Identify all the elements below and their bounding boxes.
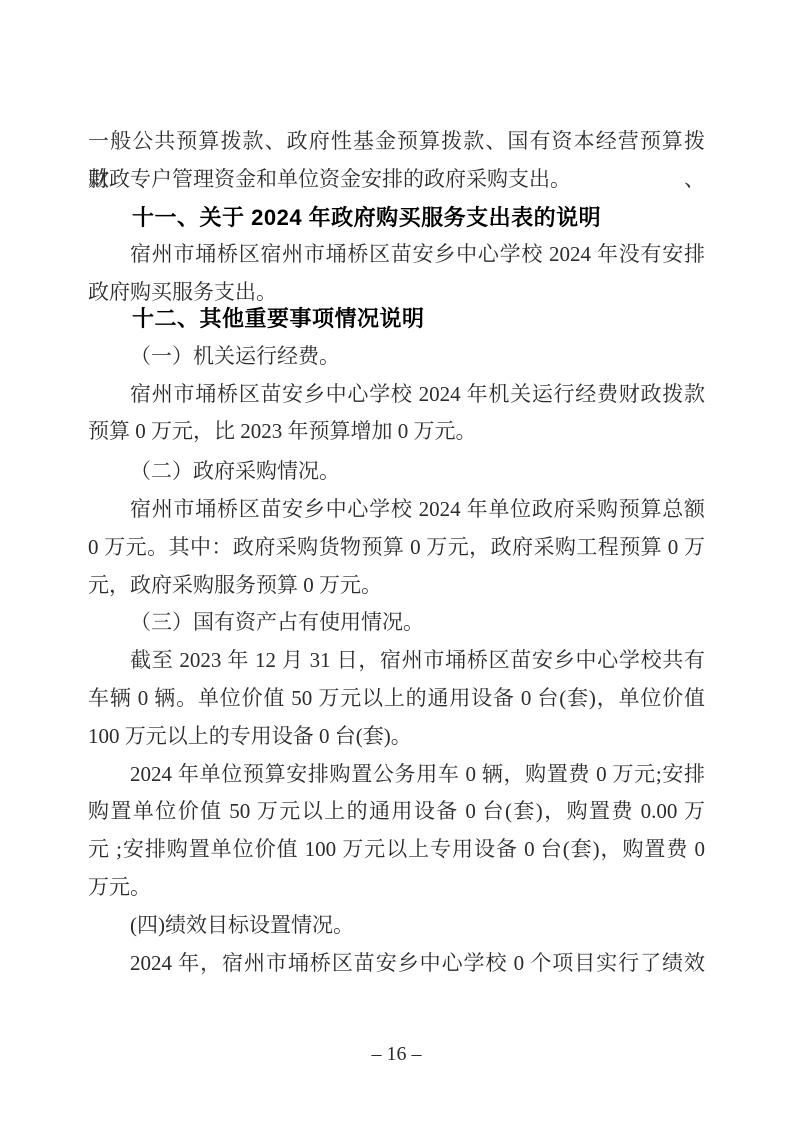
text-line: 一般公共预算拨款、政府性基金预算拨款、国有资本经营预算拨款、 [88, 123, 705, 161]
page-footer: – 16 – [0, 1042, 793, 1066]
text-line: 宿州市埇桥区宿州市埇桥区苗安乡中心学校 2024 年没有安排 [88, 236, 705, 274]
document-lines: 一般公共预算拨款、政府性基金预算拨款、国有资本经营预算拨款、财政专户管理资金和单… [88, 123, 705, 982]
text-line: 宿州市埇桥区苗安乡中心学校 2024 年单位政府采购预算总额 [88, 491, 705, 529]
text-line: 2024 年单位预算安排购置公务用车 0 辆，购置费 0 万元;安排 [88, 756, 705, 794]
text-line: （一）机关运行经费。 [88, 338, 705, 376]
text-line: 截至 2023 年 12 月 31 日，宿州市埇桥区苗安乡中心学校共有 [88, 642, 705, 680]
text-line: （二）政府采购情况。 [88, 453, 705, 491]
text-line: （三）国有资产占有使用情况。 [88, 604, 705, 642]
document-page: 一般公共预算拨款、政府性基金预算拨款、国有资本经营预算拨款、财政专户管理资金和单… [0, 0, 793, 1122]
text-line: 万元。 [88, 869, 705, 907]
section-heading-line: 十一、关于 2024 年政府购买服务支出表的说明 [88, 199, 705, 237]
text-line: 购置单位价值 50 万元以上的通用设备 0 台(套)，购置费 0.00 万 [88, 793, 705, 831]
text-line: 车辆 0 辆。单位价值 50 万元以上的通用设备 0 台(套)，单位价值 [88, 680, 705, 718]
text-line: 元，政府采购服务预算 0 万元。 [88, 567, 705, 605]
text-line: (四)绩效目标设置情况。 [88, 907, 705, 945]
page-number: – 16 – [372, 1043, 422, 1065]
text-line: 宿州市埇桥区苗安乡中心学校 2024 年机关运行经费财政拨款 [88, 376, 705, 414]
text-line: 2024 年，宿州市埇桥区苗安乡中心学校 0 个项目实行了绩效 [88, 945, 705, 983]
section-heading-line: 十二、其他重要事项情况说明 [88, 300, 705, 338]
text-line: 元 ;安排购置单位价值 100 万元以上专用设备 0 台(套)，购置费 0 [88, 831, 705, 869]
text-line: 100 万元以上的专用设备 0 台(套)。 [88, 718, 705, 756]
text-line: 预算 0 万元，比 2023 年预算增加 0 万元。 [88, 413, 705, 451]
text-line: 0 万元。其中：政府采购货物预算 0 万元，政府采购工程预算 0 万 [88, 529, 705, 567]
